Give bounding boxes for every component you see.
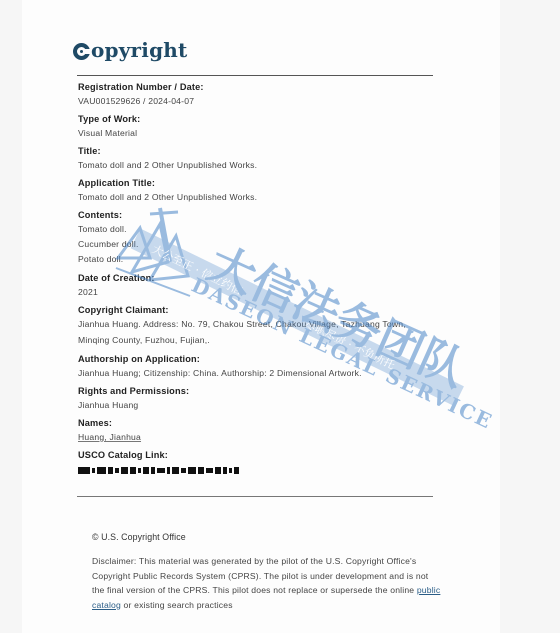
field-title: Title: Tomato doll and 2 Other Unpublish… [78,145,438,172]
field-registration-number: Registration Number / Date: VAU001529626… [78,81,438,108]
copyright-notice: © U.S. Copyright Office [92,531,442,543]
content-item: Tomato doll. [78,222,438,237]
redaction-block [223,467,227,474]
field-value: 2021 [78,285,438,299]
redaction-block [167,467,170,474]
field-label: Rights and Permissions: [78,385,438,398]
redaction-block [130,467,136,474]
field-value: Jianhua Huang. Address: No. 79, Chakou S… [78,317,438,348]
field-copyright-claimant: Copyright Claimant: Jianhua Huang. Addre… [78,304,438,348]
field-label: USCO Catalog Link: [78,449,438,462]
redaction-block [229,468,232,473]
record-fields: Registration Number / Date: VAU001529626… [78,81,438,481]
field-label: Application Title: [78,177,438,190]
field-label: Contents: [78,209,438,222]
redaction-block [115,468,119,473]
top-divider [77,75,433,76]
field-label: Copyright Claimant: [78,304,438,317]
redaction-block [97,467,106,474]
redaction-block [206,468,213,473]
redacted-catalog-link[interactable] [78,464,438,476]
content-item: Potato doll. [78,252,438,267]
field-type-of-work: Type of Work: Visual Material [78,113,438,140]
redaction-block [157,468,165,473]
copyright-c-icon [73,43,90,60]
redaction-block [188,467,196,474]
field-value: Jianhua Huang [78,398,438,412]
redaction-block [78,467,90,474]
field-value-list: Tomato doll. Cucumber doll. Potato doll. [78,222,438,267]
field-value: VAU001529626 / 2024-04-07 [78,94,438,108]
field-value: Jianhua Huang; Citizenship: China. Autho… [78,366,438,380]
field-label: Names: [78,417,438,430]
redaction-block [143,467,149,474]
field-contents: Contents: Tomato doll. Cucumber doll. Po… [78,209,438,267]
redaction-block [151,467,155,474]
field-date-of-creation: Date of Creation: 2021 [78,272,438,299]
field-label: Date of Creation: [78,272,438,285]
redaction-block [181,468,186,473]
field-rights-and-permissions: Rights and Permissions: Jianhua Huang [78,385,438,412]
disclaimer-text: Disclaimer: This material was generated … [92,554,442,612]
field-label: Title: [78,145,438,158]
redaction-block [108,467,113,474]
field-value: Tomato doll and 2 Other Unpublished Work… [78,190,438,204]
field-value: Visual Material [78,126,438,140]
field-application-title: Application Title: Tomato doll and 2 Oth… [78,177,438,204]
redaction-block [198,467,204,474]
disclaimer-part-2: or existing search practices [121,600,233,610]
logo-text: opyright [91,38,187,62]
redaction-block [234,467,239,474]
redaction-block [172,467,179,474]
field-value: Tomato doll and 2 Other Unpublished Work… [78,158,438,172]
redaction-block [138,468,141,473]
bottom-divider [77,496,433,497]
copyright-logo: opyright [73,37,187,63]
field-label: Authorship on Application: [78,353,438,366]
field-label: Registration Number / Date: [78,81,438,94]
redaction-block [215,467,221,474]
field-usco-catalog-link: USCO Catalog Link: [78,449,438,476]
field-names: Names: Huang, Jianhua [78,417,438,444]
field-value: Huang, Jianhua [78,430,438,444]
name-link[interactable]: Huang, Jianhua [78,432,141,442]
footer: © U.S. Copyright Office Disclaimer: This… [92,531,442,612]
field-authorship: Authorship on Application: Jianhua Huang… [78,353,438,380]
content-item: Cucumber doll. [78,237,438,252]
redaction-block [121,467,128,474]
field-label: Type of Work: [78,113,438,126]
redaction-block [92,468,95,473]
disclaimer-part-1: Disclaimer: This material was generated … [92,556,428,595]
